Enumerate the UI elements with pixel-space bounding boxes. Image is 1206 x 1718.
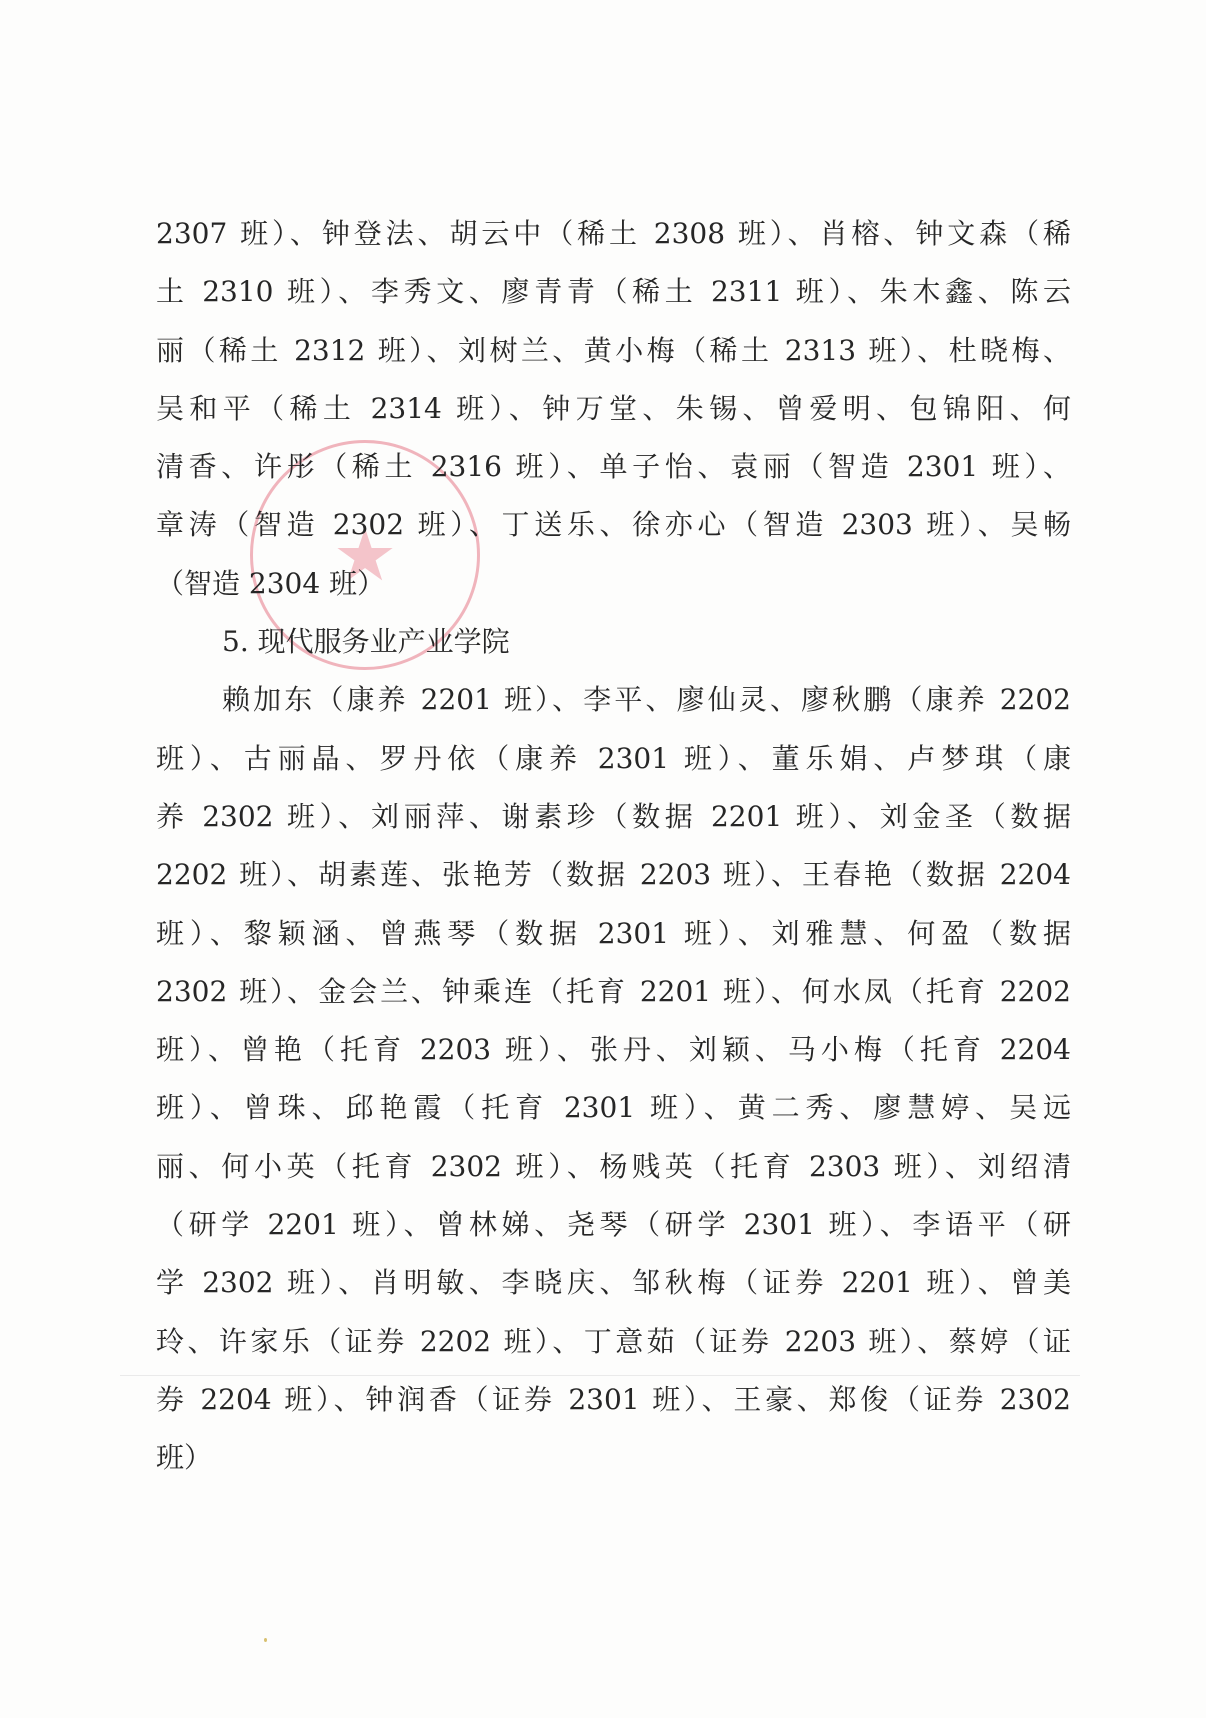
section-text-line: 丽、何小英（托育 2302 班）、杨贱英（托育 2303 班）、刘绍清 [156, 1138, 1071, 1196]
section-text-line: 班）、黎颖涵、曾燕琴（数据 2301 班）、刘雅慧、何盈（数据 [156, 905, 1071, 963]
text-line: （智造 2304 班） [156, 555, 1071, 613]
section-text-line: 2302 班）、金会兰、钟乘连（托育 2201 班）、何水凤（托育 2202 [156, 963, 1071, 1021]
text-line: 章涛（智造 2302 班）、丁送乐、徐亦心（智造 2303 班）、吴畅 [156, 496, 1071, 554]
section-text-line: 班）、古丽晶、罗丹依（康养 2301 班）、董乐娟、卢梦琪（康 [156, 730, 1071, 788]
text-line: 2307 班）、钟登法、胡云中（稀土 2308 班）、肖榕、钟文森（稀 [156, 205, 1071, 263]
text-line: 丽（稀土 2312 班）、刘树兰、黄小梅（稀土 2313 班）、杜晓梅、 [156, 322, 1071, 380]
section-text-line: 学 2302 班）、肖明敏、李晓庆、邹秋梅（证券 2201 班）、曾美 [156, 1254, 1071, 1312]
section-text-line: 养 2302 班）、刘丽萍、谢素珍（数据 2201 班）、刘金圣（数据 [156, 788, 1071, 846]
scan-speck [264, 1638, 267, 1642]
section-text-line: 玲、许家乐（证券 2202 班）、丁意茹（证券 2203 班）、蔡婷（证 [156, 1313, 1071, 1371]
section-text-line: 班）、曾艳（托育 2203 班）、张丹、刘颖、马小梅（托育 2204 [156, 1021, 1071, 1079]
section-text-line: （研学 2201 班）、曾林娣、尧琴（研学 2301 班）、李语平（研 [156, 1196, 1071, 1254]
document-page: ★ 2307 班）、钟登法、胡云中（稀土 2308 班）、肖榕、钟文森（稀 土 … [0, 0, 1206, 1718]
section-text-line: 班） [156, 1429, 1071, 1487]
text-line: 土 2310 班）、李秀文、廖青青（稀土 2311 班）、朱木鑫、陈云 [156, 263, 1071, 321]
section-heading: 5. 现代服务业产业学院 [156, 613, 1071, 671]
section-text-line: 2202 班）、胡素莲、张艳芳（数据 2203 班）、王春艳（数据 2204 [156, 846, 1071, 904]
scan-bleed-line [120, 1375, 1080, 1376]
text-line: 清香、许彤（稀土 2316 班）、单子怡、袁丽（智造 2301 班）、 [156, 438, 1071, 496]
text-line: 吴和平（稀土 2314 班）、钟万堂、朱锡、曾爱明、包锦阳、何 [156, 380, 1071, 438]
section-text-line: 班）、曾珠、邱艳霞（托育 2301 班）、黄二秀、廖慧婷、吴远 [156, 1079, 1071, 1137]
section-text-line: 券 2204 班）、钟润香（证券 2301 班）、王豪、郑俊（证券 2302 [156, 1371, 1071, 1429]
document-body: 2307 班）、钟登法、胡云中（稀土 2308 班）、肖榕、钟文森（稀 土 23… [156, 205, 1071, 1488]
section-text-line: 赖加东（康养 2201 班）、李平、廖仙灵、廖秋鹏（康养 2202 [156, 671, 1071, 729]
